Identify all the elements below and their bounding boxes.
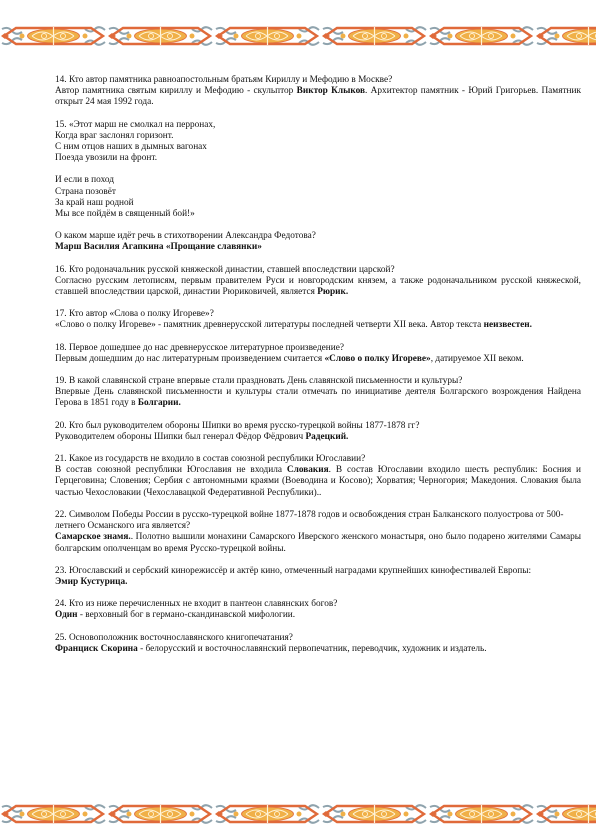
answer-highlight: Самарское знамя. (55, 532, 131, 542)
answer-highlight: Марш Василия Агапкина «Прощание славянки… (55, 242, 262, 252)
ornament-tile (428, 25, 535, 47)
answer-fragment: - белорусский и восточнославянский перво… (138, 644, 487, 654)
answer-highlight: Словакия (287, 465, 329, 475)
quiz-item: 24. Кто из ниже перечисленных не входит … (55, 599, 581, 621)
answer-highlight: Радецкий. (305, 432, 348, 442)
question-text: 19. В какой славянской стране впервые ст… (55, 376, 581, 387)
answer-text: Согласно русским летописям, первым прави… (55, 276, 581, 298)
answer-highlight: «Слово о полку Игореве» (325, 354, 431, 364)
answer-fragment: - верховный бог в германо-скандинавской … (78, 610, 296, 620)
quiz-item: 25. Основоположник восточнославянского к… (55, 633, 581, 655)
ornament-tile (428, 803, 535, 825)
quiz-item: 18. Первое дошедшее до нас древнерусское… (55, 343, 581, 365)
answer-highlight: Рюрик. (317, 287, 348, 297)
answer-fragment: Впервые День славянской письменности и к… (55, 387, 581, 408)
answer-text: Один - верховный бог в германо-скандинав… (55, 610, 581, 621)
quiz-item: 14. Кто автор памятника равноапостольным… (55, 75, 581, 109)
question-text: 20. Кто был руководителем обороны Шипки … (55, 421, 581, 432)
quiz-item: 16. Кто родоначальник русской княжеской … (55, 265, 581, 299)
question-text: 14. Кто автор памятника равноапостольным… (55, 75, 581, 86)
question-text: О каком марше идёт речь в стихотворении … (55, 231, 581, 242)
answer-highlight: неизвестен. (484, 320, 532, 330)
answer-fragment: «Слово о полку Игореве» - памятник древн… (55, 320, 484, 330)
ornament-tile (214, 25, 321, 47)
ornament-tile (107, 803, 214, 825)
answer-text: Автор памятника святым кириллу и Мефодию… (55, 86, 581, 108)
answer-text: В состав союзной республики Югославия не… (55, 465, 581, 499)
poem-line: 15. «Этот марш не смолкал на перронах, (55, 120, 581, 131)
answer-text: «Слово о полку Игореве» - памятник древн… (55, 320, 581, 331)
ornamental-border-bottom (0, 803, 596, 825)
question-text: 25. Основоположник восточнославянского к… (55, 633, 581, 644)
question-text: 24. Кто из ниже перечисленных не входит … (55, 599, 581, 610)
quiz-item: 19. В какой славянской стране впервые ст… (55, 376, 581, 410)
poem-line: С ним отцов наших в дымных вагонах (55, 142, 581, 153)
poem-line: И если в поход (55, 175, 581, 186)
answer-text: Самарское знамя.. Полотно вышили монахин… (55, 532, 581, 554)
answer-fragment: Руководителем обороны Шипки был генерал … (55, 432, 305, 442)
quiz-item: 23. Югославский и сербский кинорежиссёр … (55, 566, 581, 588)
ornament-tile (535, 25, 596, 47)
question-text: 17. Кто автор «Слова о полку Игореве»? (55, 309, 581, 320)
answer-highlight: Виктор Клыков (297, 86, 365, 96)
ornament-tile (321, 25, 428, 47)
poem-line: За край наш родной (55, 198, 581, 209)
ornament-tile (321, 803, 428, 825)
answer-highlight: Болгарии. (138, 398, 181, 408)
poem-line: Когда враг заслонял горизонт. (55, 131, 581, 142)
quiz-item: 21. Какое из государств не входило в сос… (55, 454, 581, 499)
quiz-content: 14. Кто автор памятника равноапостольным… (55, 75, 581, 666)
answer-fragment: Первым дошедшим до нас литературным прои… (55, 354, 325, 364)
quiz-item: 17. Кто автор «Слова о полку Игореве»?«С… (55, 309, 581, 331)
ornament-tile (0, 25, 107, 47)
poem-line: Страна позовёт (55, 187, 581, 198)
ornament-tile (214, 803, 321, 825)
poem-line: Мы все пойдём в священный бой!» (55, 209, 581, 220)
answer-highlight: Эмир Кустурица. (55, 577, 127, 587)
answer-fragment: . Полотно вышили монахини Самарского Иве… (55, 532, 581, 553)
question-text: 22. Символом Победы России в русско-туре… (55, 510, 581, 532)
question-text: 16. Кто родоначальник русской княжеской … (55, 265, 581, 276)
answer-fragment: , датируемое XII веком. (431, 354, 524, 364)
quiz-item: 22. Символом Победы России в русско-туре… (55, 510, 581, 555)
quiz-item: 20. Кто был руководителем обороны Шипки … (55, 421, 581, 443)
ornament-tile (0, 803, 107, 825)
answer-text: Первым дошедшим до нас литературным прои… (55, 354, 581, 365)
answer-text: Франциск Скорина - белорусский и восточн… (55, 644, 581, 655)
answer-text: Впервые День славянской письменности и к… (55, 387, 581, 409)
answer-highlight: Один (55, 610, 78, 620)
question-text: 21. Какое из государств не входило в сос… (55, 454, 581, 465)
answer-text: Марш Василия Агапкина «Прощание славянки… (55, 242, 581, 253)
poem-stanza: И если в походСтрана позовётЗа край наш … (55, 175, 581, 220)
quiz-item: 15. «Этот марш не смолкал на перронах,Ко… (55, 120, 581, 254)
answer-fragment: В состав союзной республики Югославия не… (55, 465, 287, 475)
ornament-tile (107, 25, 214, 47)
question-text: 18. Первое дошедшее до нас древнерусское… (55, 343, 581, 354)
poem-line: Поезда увозили на фронт. (55, 153, 581, 164)
ornamental-border-top (0, 25, 596, 47)
question-text: 23. Югославский и сербский кинорежиссёр … (55, 566, 581, 577)
ornament-tile (535, 803, 596, 825)
answer-fragment: Автор памятника святым кириллу и Мефодию… (55, 86, 297, 96)
poem-stanza: 15. «Этот марш не смолкал на перронах,Ко… (55, 120, 581, 165)
answer-highlight: Франциск Скорина (55, 644, 138, 654)
answer-text: Руководителем обороны Шипки был генерал … (55, 432, 581, 443)
answer-text: Эмир Кустурица. (55, 577, 581, 588)
